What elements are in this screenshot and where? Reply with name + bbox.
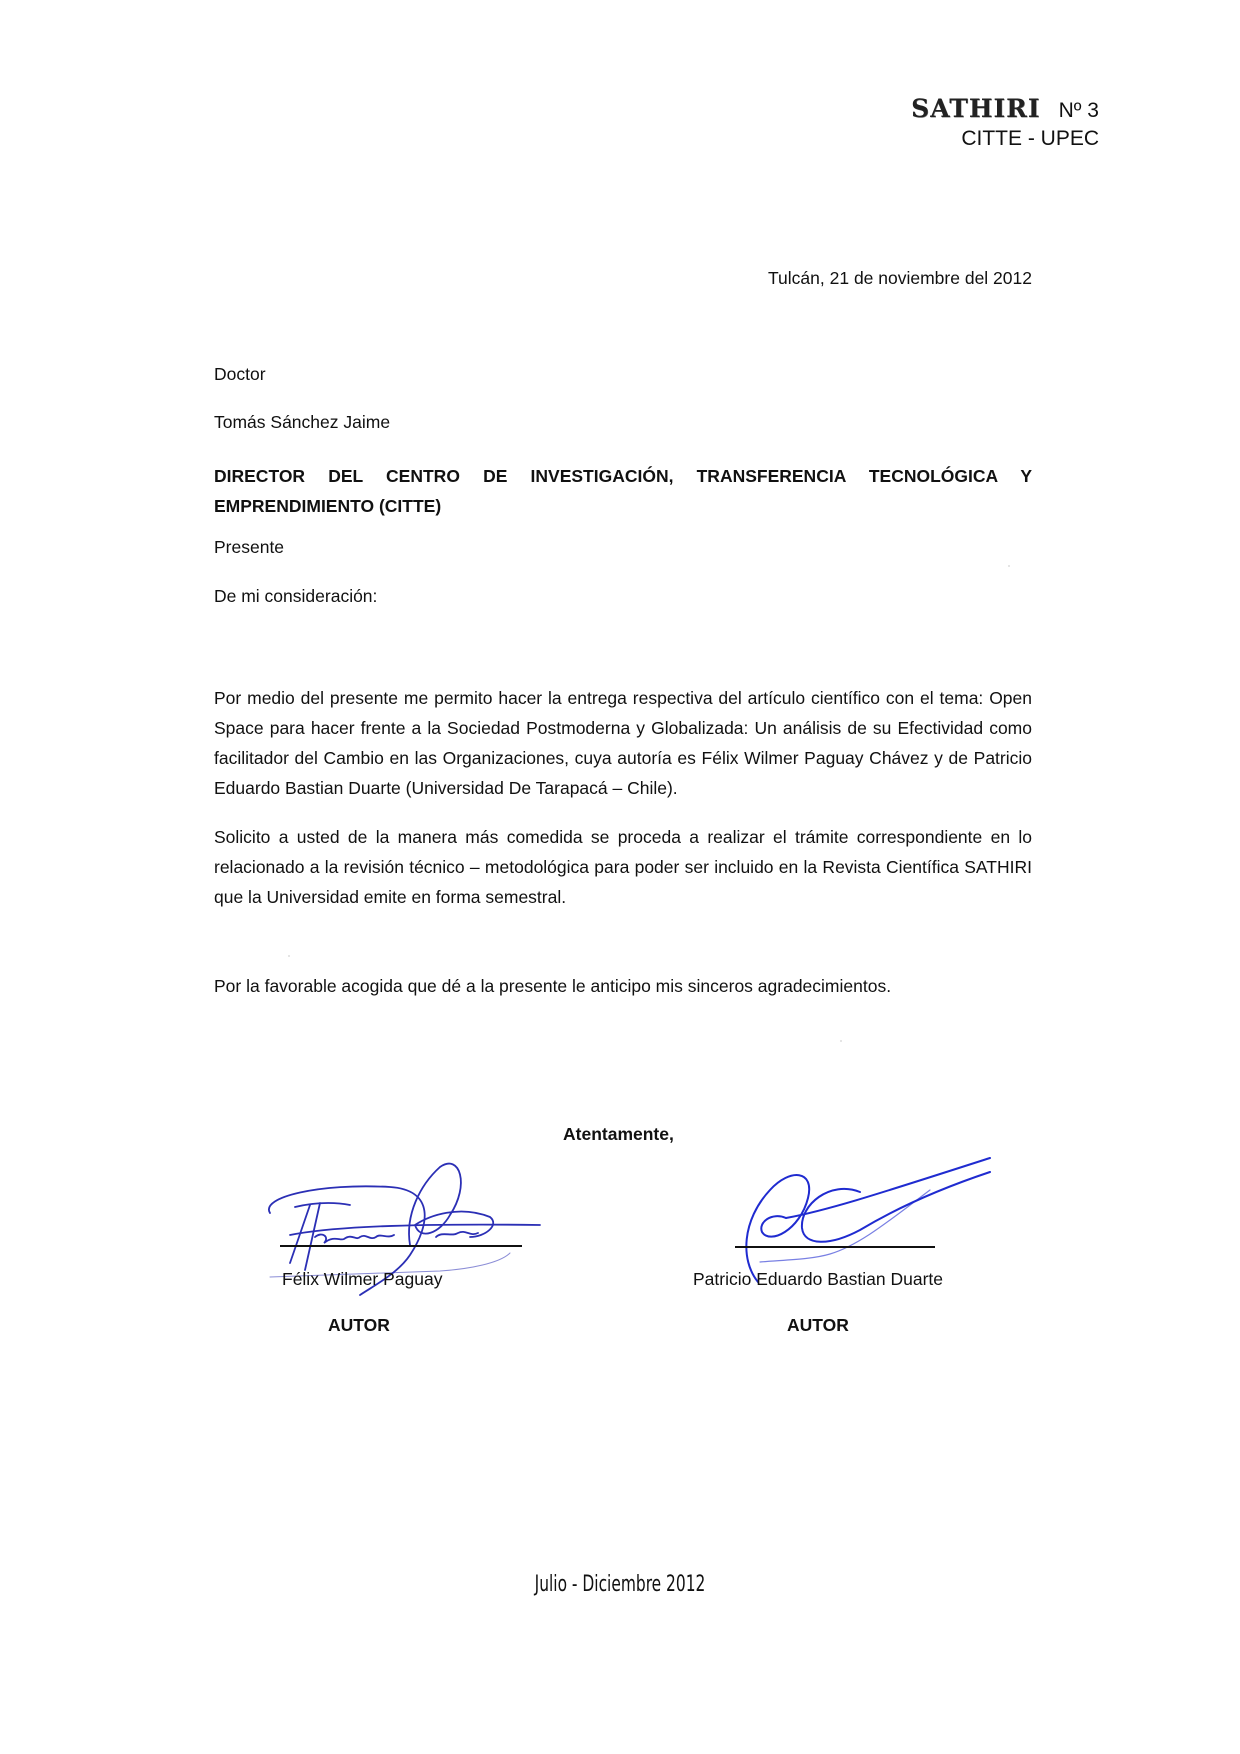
signer-name-right: Patricio Eduardo Bastian Duarte: [693, 1269, 943, 1290]
scan-speck: [1008, 565, 1010, 567]
journal-header: SATHIRINº 3 CITTE - UPEC: [911, 96, 1099, 151]
letter-page: SATHIRINº 3 CITTE - UPEC Tulcán, 21 de n…: [0, 0, 1240, 1754]
scan-speck: [840, 1040, 842, 1042]
scan-speck: [288, 955, 290, 957]
greeting: De mi consideración:: [214, 586, 1032, 607]
signer-role-right: AUTOR: [787, 1315, 849, 1336]
issue-number: Nº 3: [1059, 99, 1099, 122]
body-paragraph-1: Por medio del presente me permito hacer …: [214, 683, 1032, 803]
journal-name: SATHIRI: [911, 94, 1040, 123]
body-paragraph-3: Por la favorable acogida que dé a la pre…: [214, 976, 1032, 997]
signer-name-left: Félix Wilmer Paguay: [282, 1269, 442, 1290]
body-paragraph-2: Solicito a usted de la manera más comedi…: [214, 822, 1032, 912]
recipient-name: Tomás Sánchez Jaime: [214, 412, 1032, 433]
recipient-position-line-2: EMPRENDIMIENTO (CITTE): [214, 491, 1032, 521]
closing: Atentamente,: [563, 1124, 674, 1145]
signature-line-left: [280, 1245, 522, 1247]
signer-role-left: AUTOR: [328, 1315, 390, 1336]
institution-label: CITTE - UPEC: [911, 127, 1099, 151]
signature-line-right: [735, 1246, 935, 1248]
recipient-position: DIRECTOR DEL CENTRO DE INVESTIGACIÓN, TR…: [214, 461, 1032, 521]
place-date: Tulcán, 21 de noviembre del 2012: [768, 268, 1032, 289]
recipient-position-line-1: DIRECTOR DEL CENTRO DE INVESTIGACIÓN, TR…: [214, 461, 1032, 491]
journal-title-line: SATHIRINº 3: [911, 96, 1099, 121]
salutation-title: Doctor: [214, 364, 1032, 385]
footer-period: Julio - Diciembre 2012: [136, 1572, 1103, 1597]
presente-label: Presente: [214, 537, 1032, 558]
